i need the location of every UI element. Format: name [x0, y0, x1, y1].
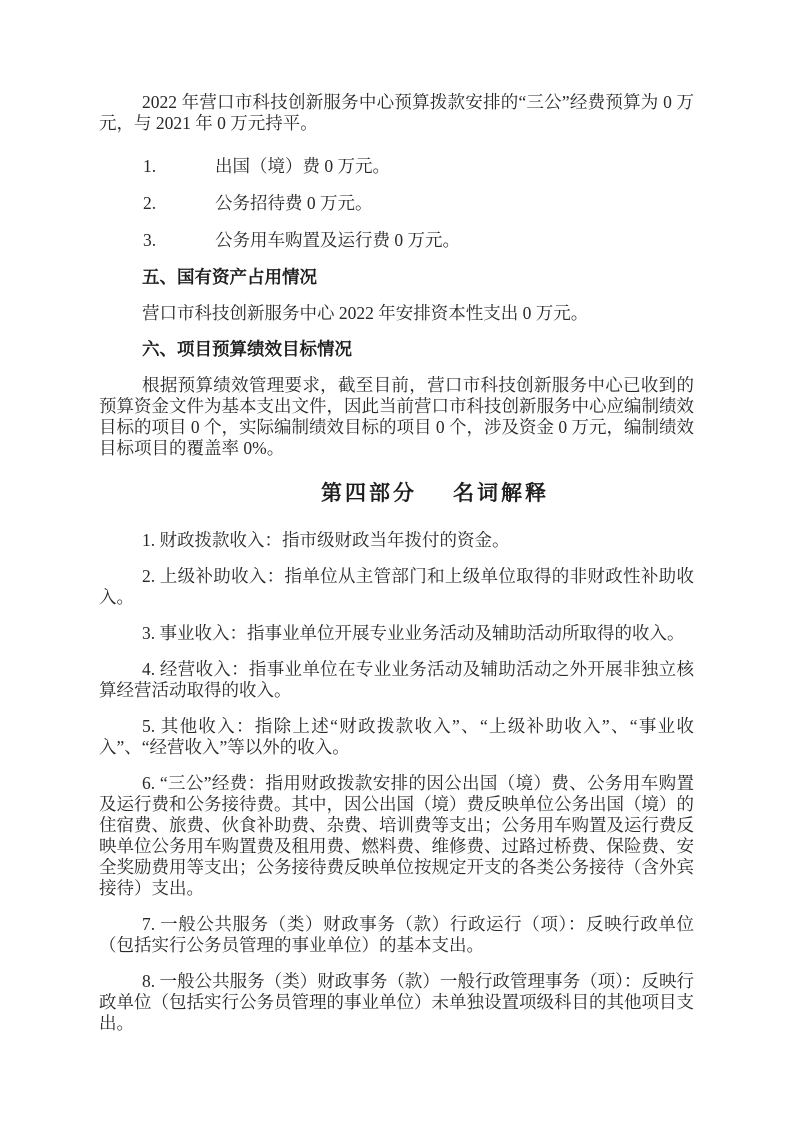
- list-item-number: 1.: [143, 156, 215, 177]
- list-item-text: 公务招待费 0 万元。: [215, 193, 694, 214]
- paragraph-state-assets: 营口市科技创新服务中心 2022 年安排资本性支出 0 万元。: [99, 303, 694, 324]
- document-page: 2022 年营口市科技创新服务中心预算拨款安排的“三公”经费预算为 0 万元，与…: [0, 0, 794, 1123]
- term-definition-other-income: 5. 其他收入：指除上述“财政拨款收入”、“上级补助收入”、“事业收入”、“经营…: [99, 716, 694, 758]
- term-definition-three-public-expenses: 6. “三公”经费：指用财政拨款安排的因公出国（境）费、公务用车购置及运行费和公…: [99, 773, 694, 899]
- list-item: 2. 公务招待费 0 万元。: [99, 193, 694, 214]
- list-item: 3. 公务用车购置及运行费 0 万元。: [99, 230, 694, 251]
- section-heading-performance-targets: 六、项目预算绩效目标情况: [99, 339, 694, 360]
- list-item-text: 公务用车购置及运行费 0 万元。: [215, 230, 694, 251]
- three-public-expense-list: 1. 出国（境）费 0 万元。 2. 公务招待费 0 万元。 3. 公务用车购置…: [99, 149, 694, 251]
- list-item-text: 出国（境）费 0 万元。: [215, 156, 694, 177]
- section-heading-state-assets: 五、国有资产占用情况: [99, 267, 694, 288]
- part-four-title: 名词解释: [453, 481, 549, 505]
- term-definition-institutional-income: 3. 事业收入：指事业单位开展专业业务活动及辅助活动所取得的收入。: [99, 623, 694, 644]
- term-definition-fiscal-appropriation-income: 1. 财政拨款收入：指市级财政当年拨付的资金。: [99, 530, 694, 551]
- paragraph-performance-targets: 根据预算绩效管理要求，截至目前，营口市科技创新服务中心已收到的预算资金文件为基本…: [99, 375, 694, 459]
- paragraph-three-public-summary: 2022 年营口市科技创新服务中心预算拨款安排的“三公”经费预算为 0 万元，与…: [99, 92, 694, 134]
- part-four-heading: 第四部分名词解释: [99, 474, 694, 507]
- list-item-number: 3.: [143, 230, 215, 251]
- term-definition-administrative-operation: 7. 一般公共服务（类）财政事务（款）行政运行（项）：反映行政单位（包括实行公务…: [99, 914, 694, 956]
- term-definition-general-admin-affairs: 8. 一般公共服务（类）财政事务（款）一般行政管理事务（项）：反映行政单位（包括…: [99, 971, 694, 1034]
- list-item: 1. 出国（境）费 0 万元。: [99, 156, 694, 177]
- document-content: 2022 年营口市科技创新服务中心预算拨款安排的“三公”经费预算为 0 万元，与…: [0, 0, 794, 1034]
- part-four-label: 第四部分: [321, 481, 417, 505]
- term-definition-operating-income: 4. 经营收入：指事业单位在专业业务活动及辅助活动之外开展非独立核算经营活动取得…: [99, 659, 694, 701]
- term-definition-superior-subsidy-income: 2. 上级补助收入：指单位从主管部门和上级单位取得的非财政性补助收入。: [99, 566, 694, 608]
- list-item-number: 2.: [143, 193, 215, 214]
